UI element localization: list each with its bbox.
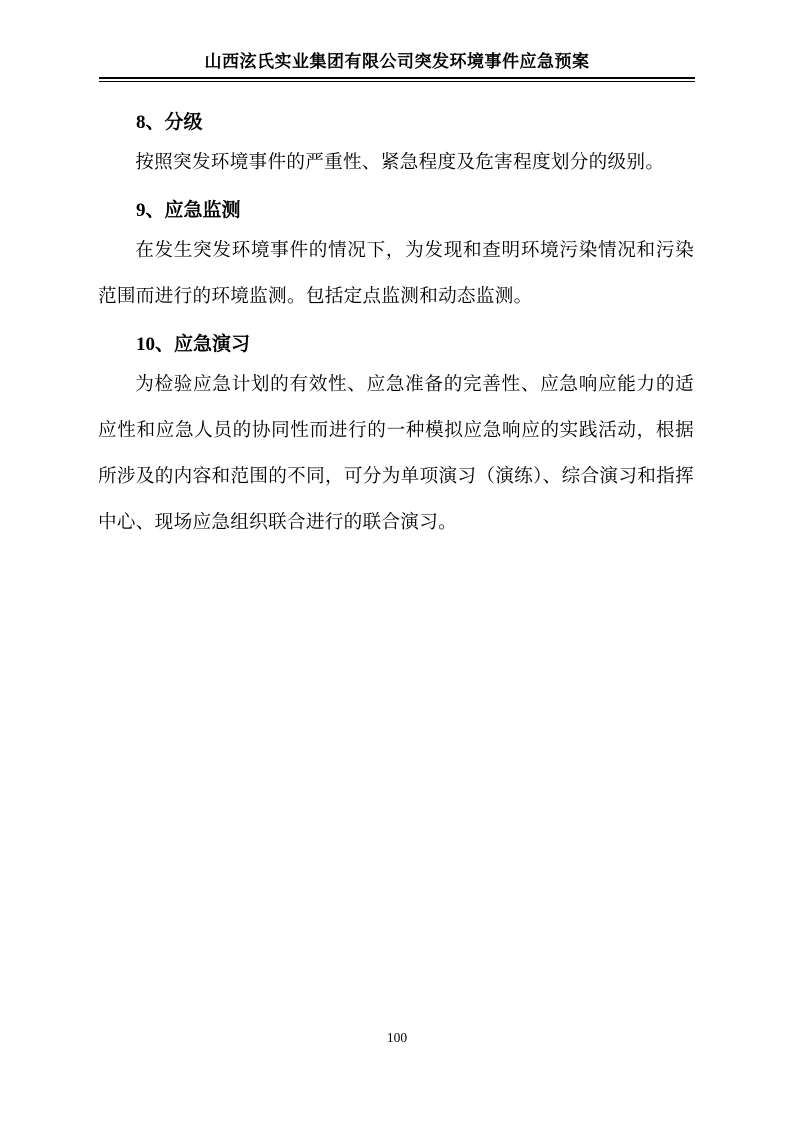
section-9-paragraph: 在发生突发环境事件的情况下，为发现和查明环境污染情况和污染范围而进行的环境监测。… (98, 228, 694, 320)
section-8-paragraph: 按照突发环境事件的严重性、紧急程度及危害程度划分的级别。 (98, 140, 694, 186)
section-10-paragraph: 为检验应急计划的有效性、应急准备的完善性、应急响应能力的适应性和应急人员的协同性… (98, 362, 694, 546)
page-header: 山西泫氏实业集团有限公司突发环境事件应急预案 (0, 0, 794, 82)
page-number: 100 (387, 1030, 407, 1045)
document-page: 山西泫氏实业集团有限公司突发环境事件应急预案 8、分级 按照突发环境事件的严重性… (0, 0, 794, 1123)
page-footer: 100 (0, 1030, 794, 1046)
section-heading-9: 9、应急监测 (98, 199, 694, 223)
section-heading-10: 10、应急演习 (98, 333, 694, 357)
document-content: 8、分级 按照突发环境事件的严重性、紧急程度及危害程度划分的级别。 9、应急监测… (98, 82, 694, 546)
section-heading-8: 8、分级 (98, 111, 694, 135)
header-title: 山西泫氏实业集团有限公司突发环境事件应急预案 (0, 52, 794, 72)
